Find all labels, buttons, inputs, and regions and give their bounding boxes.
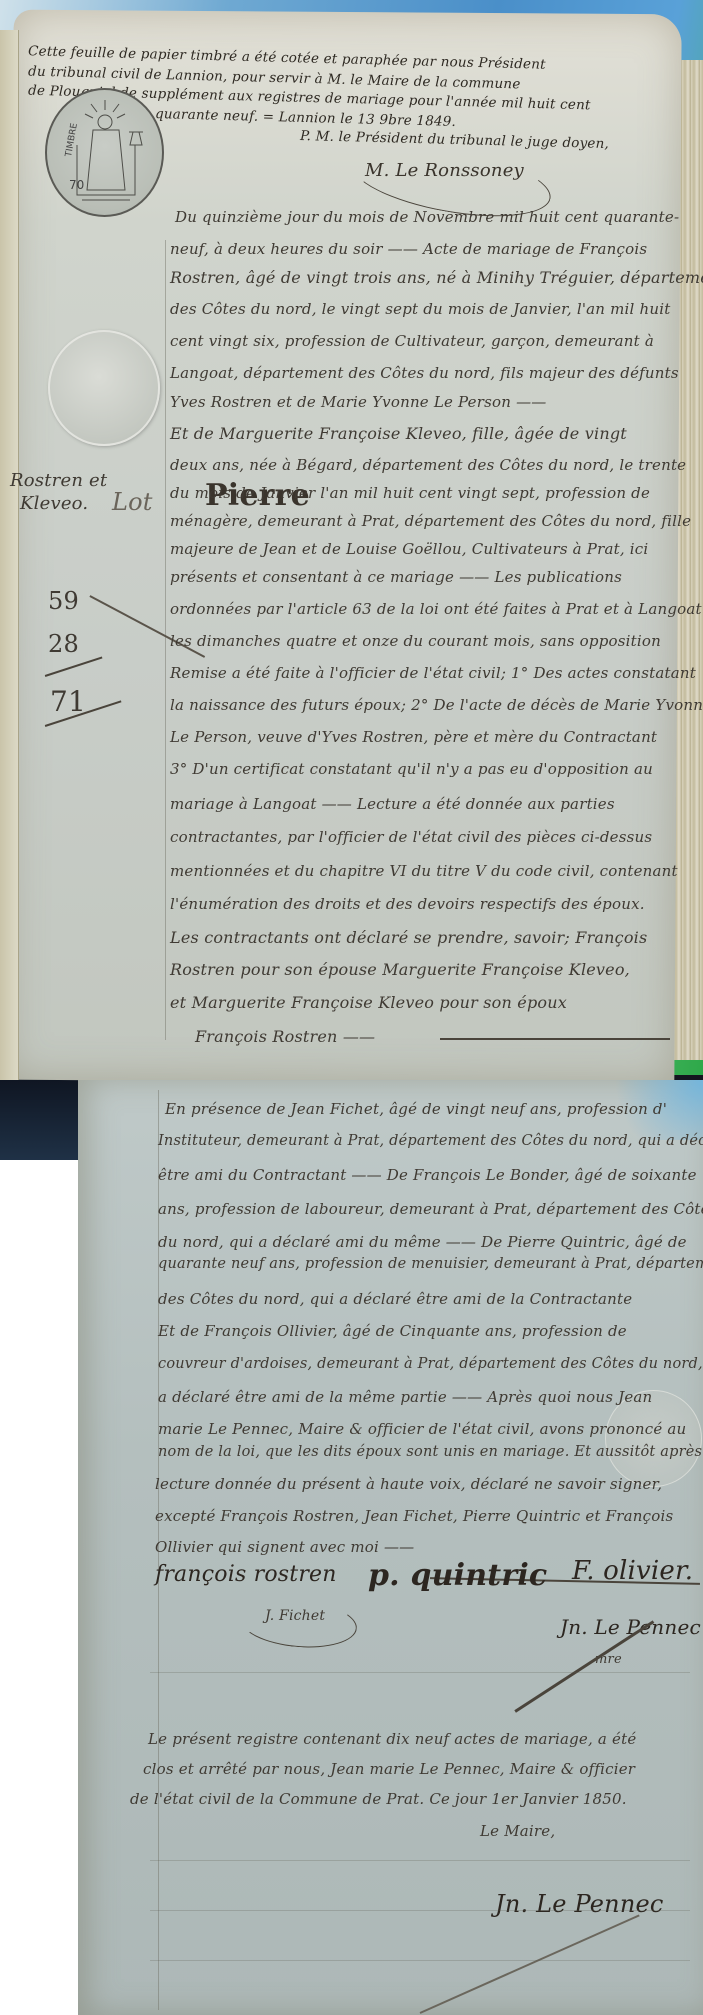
margin-name-1: Rostren et [10, 470, 107, 491]
tax-stamp-seal: TIMBRE 70 [45, 88, 164, 217]
body-line: mentionnées et du chapitre VI du titre V… [170, 862, 678, 880]
body-line: lecture donnée du présent à haute voix, … [155, 1475, 662, 1493]
body-line: être ami du Contractant —— De François L… [158, 1166, 697, 1184]
closing-line: Le Maire, [480, 1822, 555, 1840]
body-line: Remise a été faite à l'officier de l'éta… [170, 664, 696, 682]
closing-rule [440, 1038, 670, 1040]
closing-line: Le présent registre contenant dix neuf a… [148, 1730, 636, 1748]
body-line: des Côtes du nord, qui a déclaré être am… [158, 1290, 632, 1308]
body-line: ménagère, demeurant à Prat, département … [170, 512, 691, 530]
closing-line: clos et arrêté par nous, Jean marie Le P… [143, 1760, 635, 1778]
body-line: majeure de Jean et de Louise Goëllou, Cu… [170, 540, 648, 558]
body-line: cent vingt six, profession de Cultivateu… [170, 332, 654, 350]
photo-gap-left [0, 1075, 78, 1160]
body-line: Langoat, département des Côtes du nord, … [170, 364, 679, 382]
body-line: a déclaré être ami de la même partie —— … [158, 1388, 652, 1406]
body-line: contractantes, par l'officier de l'état … [170, 828, 652, 846]
body-line: et Marguerite Françoise Kleveo pour son … [170, 993, 567, 1012]
body-line: mariage à Langoat —— Lecture a été donné… [170, 795, 615, 813]
body-line: des Côtes du nord, le vingt sept du mois… [170, 300, 670, 318]
body-line: neuf, à deux heures du soir —— Acte de m… [170, 240, 647, 258]
body-line: les dimanches quatre et onze du courant … [170, 632, 661, 650]
body-line: Rostren pour son épouse Marguerite Franç… [170, 960, 630, 979]
body-line: Instituteur, demeurant à Prat, départeme… [158, 1133, 703, 1149]
signature-quintric: p. quintric [368, 1558, 547, 1593]
body-line: la naissance des futurs époux; 2° De l'a… [170, 696, 703, 714]
body-line: Et de Marguerite Françoise Kleveo, fille… [170, 424, 627, 443]
tally-1: 59 [48, 587, 79, 615]
body-line: Rostren, âgé de vingt trois ans, né à Mi… [170, 268, 703, 287]
body-line: marie Le Pennec, Maire & officier de l'é… [158, 1420, 686, 1438]
margin-annotation: Lot [112, 488, 153, 516]
margin-rule [165, 240, 166, 1040]
justice-figure-icon [47, 90, 162, 215]
body-line: deux ans, née à Bégard, département des … [170, 456, 686, 474]
book-left-edge [0, 30, 19, 1080]
closing-line: de l'état civil de la Commune de Prat. C… [130, 1790, 627, 1808]
body-line: Ollivier qui signent avec moi —— [155, 1538, 414, 1556]
margin-name-2: Kleveo. [20, 493, 88, 514]
body-line: couvreur d'ardoises, demeurant à Prat, d… [158, 1356, 703, 1372]
body-line: Et de François Ollivier, âgé de Cinquant… [158, 1322, 627, 1340]
body-line: 3° D'un certificat constatant qu'il n'y … [170, 760, 653, 778]
embossed-seal [48, 330, 160, 446]
body-line: du mois de Janvier l'an mil huit cent vi… [170, 484, 650, 502]
body-line: présents et consentant à ce mariage —— L… [170, 568, 622, 586]
ruled-line [150, 1672, 690, 1673]
tally-2: 28 [48, 630, 79, 658]
body-line: quarante neuf ans, profession de menuisi… [158, 1256, 703, 1272]
ruled-line [150, 1960, 690, 1961]
body-line: nom de la loi, que les dits époux sont u… [158, 1444, 702, 1460]
body-line: l'énumération des droits et des devoirs … [170, 895, 645, 913]
signature-ollivier: F. olivier. [572, 1556, 693, 1586]
ruled-line [150, 1910, 690, 1911]
ruled-line [150, 1860, 690, 1861]
body-line: En présence de Jean Fichet, âgé de vingt… [165, 1100, 667, 1118]
body-line: Les contractants ont déclaré se prendre,… [170, 928, 647, 947]
body-line: Du quinzième jour du mois de Novembre mi… [175, 208, 679, 226]
signature-rostren: françois rostren [155, 1562, 337, 1587]
body-line: François Rostren —— [195, 1027, 375, 1046]
body-line: ordonnées par l'article 63 de la loi ont… [170, 600, 702, 618]
body-line: du nord, qui a déclaré ami du même —— De… [158, 1233, 687, 1251]
body-line: Le Person, veuve d'Yves Rostren, père et… [170, 728, 657, 746]
body-line: excepté François Rostren, Jean Fichet, P… [155, 1507, 673, 1525]
body-line: ans, profession de laboureur, demeurant … [158, 1200, 703, 1218]
body-line: Yves Rostren et de Marie Yvonne Le Perso… [170, 393, 546, 411]
